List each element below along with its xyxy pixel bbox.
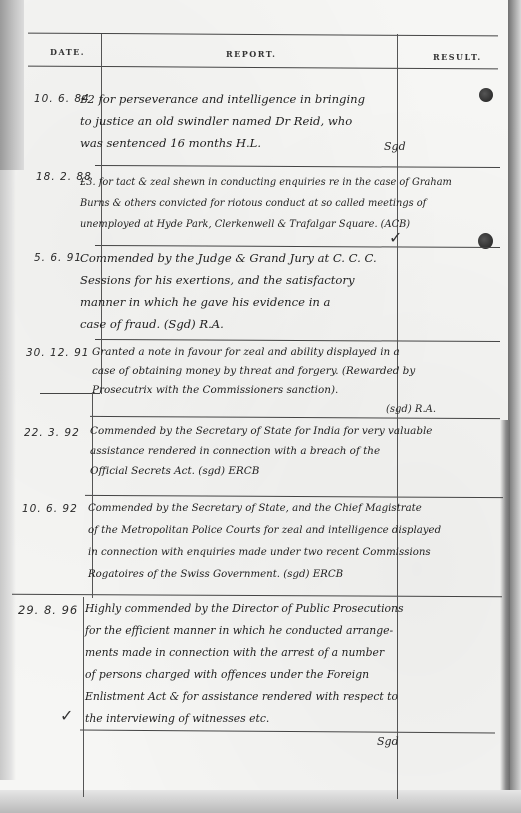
report-line: Commended by the Secretary of State for … bbox=[90, 421, 510, 441]
report-line: Granted a note in favour for zeal and ab… bbox=[92, 343, 512, 362]
row-rule bbox=[95, 165, 500, 168]
entry-date: 30. 12. 91 bbox=[26, 347, 89, 359]
report-line: case of obtaining money by threat and fo… bbox=[92, 362, 512, 381]
report-line: of the Metropolitan Police Courts for ze… bbox=[88, 520, 508, 542]
report-line: Sessions for his exertions, and the sati… bbox=[80, 269, 500, 291]
entry-report: Commended by the Secretary of State for … bbox=[90, 421, 510, 481]
date-column-divider bbox=[83, 597, 84, 797]
row-rule bbox=[80, 730, 495, 734]
entry-date: 29. 8. 96 bbox=[18, 603, 78, 617]
report-line: of persons charged with offences under t… bbox=[85, 664, 505, 686]
entry-report: £3. for tact & zeal shewn in conducting … bbox=[80, 172, 500, 235]
report-line: Highly commended by the Director of Publ… bbox=[85, 598, 505, 620]
row-rule-short bbox=[40, 393, 100, 394]
torn-bottom-edge bbox=[0, 790, 521, 813]
row-rule bbox=[90, 416, 500, 419]
report-line: Commended by the Judge & Grand Jury at C… bbox=[80, 247, 500, 269]
report-line: Official Secrets Act. (sgd) ERCB bbox=[90, 461, 510, 481]
report-line: unemployed at Hyde Park, Clerkenwell & T… bbox=[80, 214, 500, 235]
result-initials: Sgd bbox=[384, 140, 406, 153]
entry-report: Commended by the Secretary of State, and… bbox=[88, 498, 508, 586]
report-line: Burns & others convicted for riotous con… bbox=[80, 193, 500, 214]
book-binding-shadow bbox=[0, 0, 24, 170]
header-bottom-rule bbox=[28, 66, 498, 70]
report-line: in connection with enquiries made under … bbox=[88, 542, 508, 564]
report-line: Commended by the Secretary of State, and… bbox=[88, 498, 508, 520]
page-edge-shadow bbox=[0, 170, 16, 780]
header-date: DATE. bbox=[50, 47, 85, 57]
entry-date: 5. 6. 91 bbox=[34, 252, 82, 264]
report-line: Prosecutrix with the Commissioners sanct… bbox=[92, 381, 512, 400]
header-result: RESULT. bbox=[433, 52, 482, 62]
signature: (sgd) R.A. bbox=[386, 404, 436, 415]
report-line: manner in which he gave his evidence in … bbox=[80, 291, 500, 313]
entry-report: Highly commended by the Director of Publ… bbox=[85, 598, 505, 730]
check-mark-icon: ✓ bbox=[389, 228, 402, 247]
report-line: for the efficient manner in which he con… bbox=[85, 620, 505, 642]
entry-date: 10. 6. 92 bbox=[22, 503, 78, 515]
check-mark-icon: ✓ bbox=[60, 706, 73, 725]
report-line: Enlistment Act & for assistance rendered… bbox=[85, 686, 505, 708]
report-line: £3. for tact & zeal shewn in conducting … bbox=[80, 172, 500, 193]
report-line: assistance rendered in connection with a… bbox=[90, 441, 510, 461]
row-rule bbox=[12, 594, 502, 598]
entry-report: £2 for perseverance and intelligence in … bbox=[80, 88, 500, 154]
table-top-rule bbox=[28, 33, 498, 37]
report-line: the interviewing of witnesses etc. bbox=[85, 708, 505, 730]
report-line: £2 for perseverance and intelligence in … bbox=[80, 88, 500, 110]
report-line: Rogatoires of the Swiss Government. (sgd… bbox=[88, 564, 508, 586]
result-initials: Sgd bbox=[377, 735, 399, 748]
entry-date: 22. 3. 92 bbox=[24, 427, 80, 439]
report-line: ments made in connection with the arrest… bbox=[85, 642, 505, 664]
report-line: to justice an old swindler named Dr Reid… bbox=[80, 110, 500, 132]
entry-report: Commended by the Judge & Grand Jury at C… bbox=[80, 247, 500, 335]
report-line: was sentenced 16 months H.L. bbox=[80, 132, 500, 154]
entry-report: Granted a note in favour for zeal and ab… bbox=[92, 343, 512, 400]
report-line: case of fraud. (Sgd) R.A. bbox=[80, 313, 500, 335]
row-rule bbox=[95, 339, 500, 342]
ledger-page: DATE. REPORT. RESULT. 10. 6. 84 £2 for p… bbox=[0, 0, 521, 813]
header-report: REPORT. bbox=[226, 49, 276, 59]
